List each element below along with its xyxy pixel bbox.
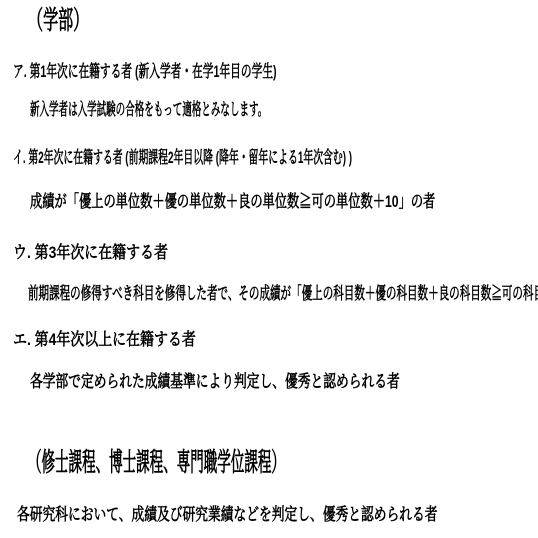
item-i-detail: 成績が「優上の単位数＋優の単位数＋良の単位数≧可の単位数＋10」の者 bbox=[30, 192, 435, 212]
document-page: （学部） ア. 第1年次に在籍する者 (新入学者・在学1年目の学生) 新入学者は… bbox=[0, 0, 538, 538]
undergrad-section-heading: （学部） bbox=[28, 6, 88, 36]
item-a-title: ア. 第1年次に在籍する者 (新入学者・在学1年目の学生) bbox=[13, 62, 277, 82]
item-u-title: ウ. 第3年次に在籍する者 bbox=[13, 243, 168, 263]
item-a-detail: 新入学者は入学試験の合格をもって適格とみなします。 bbox=[30, 100, 267, 120]
item-e-title: エ. 第4年次以上に在籍する者 bbox=[13, 330, 196, 350]
graduate-section-heading: （修士課程、博士課程、専門職学位課程） bbox=[28, 448, 285, 478]
graduate-detail: 各研究科において、成績及び研究業績などを判定し、優秀と認められる者 bbox=[17, 505, 438, 525]
item-u-detail: 前期課程の修得すべき科目を修得した者で、その成績が「優上の科目数＋優の科目数＋良… bbox=[28, 284, 538, 304]
item-i-title: イ. 第2年次に在籍する者 (前期課程2年目以降 (降年・留年による1年次含む)… bbox=[13, 148, 352, 168]
item-e-detail: 各学部で定められた成績基準により判定し、優秀と認められる者 bbox=[30, 372, 400, 392]
